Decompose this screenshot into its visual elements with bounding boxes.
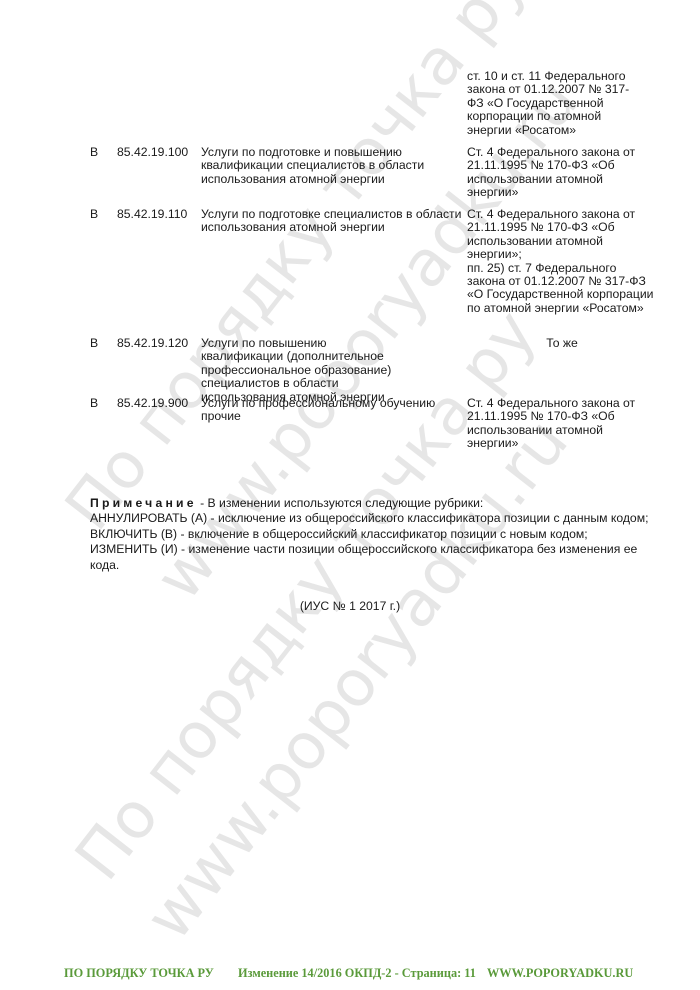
row-type: В [90,337,98,350]
note-heading: Примечание - В изменении используются сл… [90,496,670,511]
row-name: Услуги по подготовке и повышению квалифи… [201,146,436,186]
row-ref: Ст. 4 Федерального закона от 21.11.1995 … [467,146,657,200]
footer-url[interactable]: WWW.POPORYADKU.RU [487,966,633,981]
row-code: 85.42.19.100 [117,146,188,159]
note-label: Примечание [90,496,197,510]
note-line: ВКЛЮЧИТЬ (В) - включение в общероссийски… [90,527,670,542]
footer-site-name: ПО ПОРЯДКУ ТОЧКА РУ [64,966,214,981]
note-line: АННУЛИРОВАТЬ (А) - исключение из общерос… [90,511,670,526]
note-intro: - В изменении используются следующие руб… [197,496,484,510]
row-name: Услуги по подготовке специалистов в обла… [201,208,463,235]
row-code: 85.42.19.120 [117,337,188,350]
row-name: Услуги по профессиональному обучению про… [201,397,441,424]
row-name: Услуги по повышению квалификации (дополн… [201,337,406,404]
row-ref: То же [467,337,657,350]
row-type: В [90,397,98,410]
ius-reference: (ИУС № 1 2017 г.) [0,599,700,613]
note-block: Примечание - В изменении используются сл… [90,496,670,573]
footer-page-info: Изменение 14/2016 ОКПД-2 - Страница: 11 [238,966,476,981]
document-page: ст. 10 и ст. 11 Федерального закона от 0… [0,0,700,990]
row-code: 85.42.19.110 [117,208,187,221]
row-type: В [90,208,98,221]
row-code: 85.42.19.900 [117,397,188,410]
row-ref: Ст. 4 Федерального закона от 21.11.1995 … [467,397,657,451]
row-ref: Ст. 4 Федерального закона от 21.11.1995 … [467,208,657,315]
continuation-ref: ст. 10 и ст. 11 Федерального закона от 0… [467,70,657,137]
note-line: ИЗМЕНИТЬ (И) - изменение части позиции о… [90,542,650,573]
row-type: В [90,146,98,159]
